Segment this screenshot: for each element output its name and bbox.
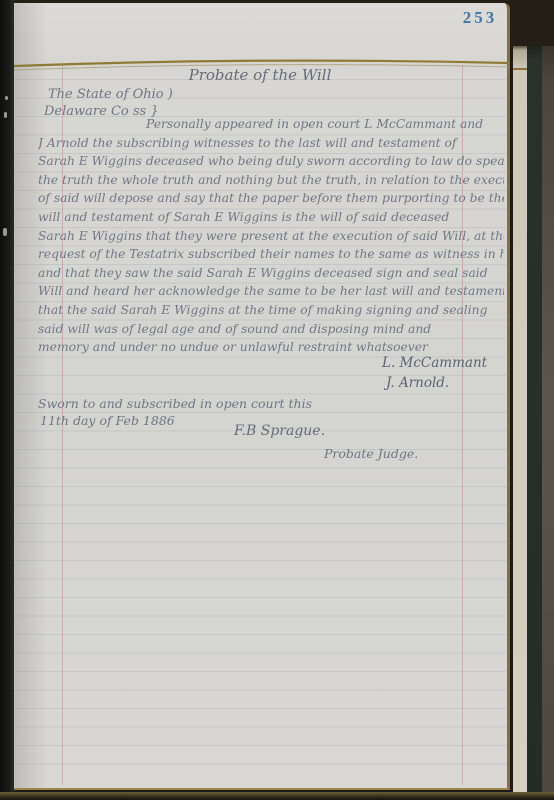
book-cover-spine	[542, 0, 554, 800]
jurat-line-2: 11th day of Feb 1886	[40, 413, 175, 428]
top-right-shadow	[505, 0, 554, 46]
next-page-edge	[513, 0, 527, 800]
deposition-line: said will was of legal age and of sound …	[38, 320, 504, 339]
judge-signature: F.B Sprague.	[234, 423, 325, 439]
deposition-line: J Arnold the subscribing witnesses to th…	[38, 134, 504, 153]
page-title: Probate of the Will	[164, 66, 356, 84]
witness-signature-arnold: J. Arnold.	[386, 375, 449, 391]
page-number: 253	[458, 8, 502, 28]
judge-title: Probate Judge.	[324, 446, 418, 461]
caption-state: The State of Ohio )	[48, 87, 173, 102]
deposition-line: that the said Sarah E Wiggins at the tim…	[38, 301, 504, 320]
deposition-line: Sarah E Wiggins that they were present a…	[38, 227, 504, 246]
jurat-line-1: Sworn to and subscribed in open court th…	[38, 396, 312, 411]
scanned-book-photo: 253 Probate of the Will The State of Ohi…	[0, 0, 554, 800]
book-cover-edge	[527, 0, 542, 800]
deposition-line: Personally appeared in open court L McCa…	[38, 115, 504, 134]
deposition-line: memory and under no undue or unlawful re…	[38, 338, 504, 357]
deposition-line: of said will depose and say that the pap…	[38, 189, 504, 208]
ledger-page: 253 Probate of the Will The State of Ohi…	[14, 3, 510, 790]
deposition-line: Sarah E Wiggins deceased who being duly …	[38, 152, 504, 171]
deposition-line: Will and heard her acknowledge the same …	[38, 282, 504, 301]
deposition-line: request of the Testatrix subscribed thei…	[38, 245, 504, 264]
deposition-text: Personally appeared in open court L McCa…	[38, 115, 504, 357]
witness-signature-mccammant: L. McCammant	[382, 355, 487, 371]
deposition-line: the truth the whole truth and nothing bu…	[38, 171, 504, 190]
deposition-line: will and testament of Sarah E Wiggins is…	[38, 208, 504, 227]
book-bottom-edge	[0, 792, 554, 800]
next-page-rule-line	[513, 68, 527, 70]
deposition-line: and that they saw the said Sarah E Wiggi…	[38, 264, 504, 283]
book-binding-left	[0, 0, 14, 800]
